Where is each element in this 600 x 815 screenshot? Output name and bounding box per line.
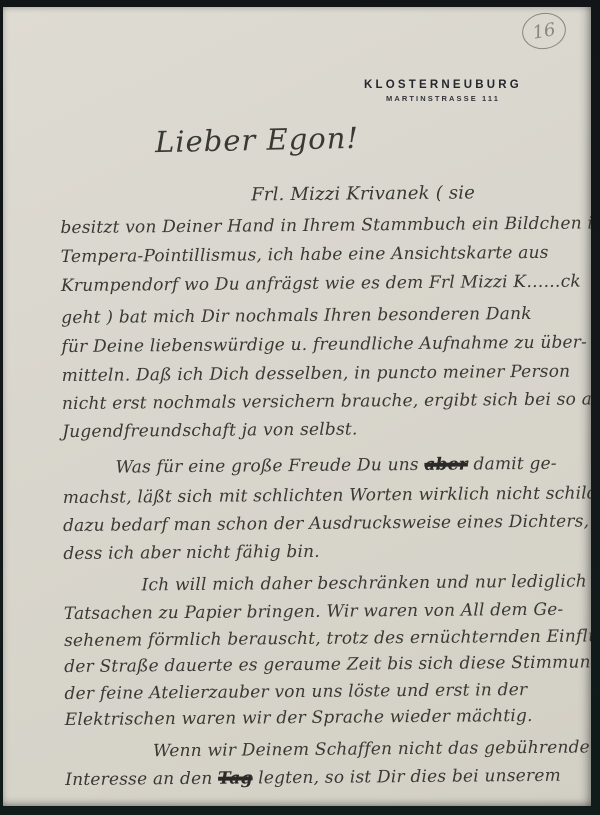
handwritten-line: der feine Atelierzauber von uns löste un…: [64, 682, 527, 703]
line-text: Was für eine große Freude Du uns: [115, 455, 424, 478]
handwritten-line: Tempera-Pointillismus, ich habe eine Ans…: [61, 245, 549, 266]
handwritten-line: Ich will mich daher beschränken und nur …: [141, 573, 586, 594]
handwritten-line: besitzt von Deiner Hand in Ihrem Stammbu…: [60, 215, 591, 237]
handwritten-line: mitteln. Daß ich Dich desselben, in punc…: [62, 364, 571, 385]
handwritten-line: Wenn wir Deinem Schaffen nicht das gebüh…: [153, 739, 590, 760]
handwritten-line: geht ) bat mich Dir nochmals Ihren beson…: [61, 306, 532, 327]
handwritten-line: dess ich aber nicht fähig bin.: [63, 544, 320, 563]
line-text: Wenn wir Deinem Schaffen nicht das gebüh…: [153, 737, 590, 761]
handwritten-line: Krumpendorf wo Du anfrägst wie es dem Fr…: [61, 274, 581, 296]
line-text: Krumpendorf wo Du anfrägst wie es dem Fr…: [61, 272, 581, 297]
line-text: legten, so ist Dir dies bei unserem: [253, 766, 561, 789]
line-text: Tempera-Pointillismus, ich habe eine Ans…: [61, 243, 549, 267]
handwritten-line: machst, läßt sich mit schlichten Worten …: [63, 485, 591, 507]
line-text: Elektrischen waren wir der Sprache wiede…: [65, 706, 533, 730]
line-text: damit ge-: [468, 454, 557, 475]
line-text: der feine Atelierzauber von uns löste un…: [64, 680, 527, 704]
letter-body: Frl. Mizzi Krivanek ( siebesitzt von Dei…: [3, 7, 591, 806]
handwritten-line: nicht erst nochmals versichern brauche, …: [62, 391, 591, 413]
line-text: geht ) bat mich Dir nochmals Ihren beson…: [61, 304, 532, 328]
handwritten-line: Interesse an den Tag legten, so ist Dir …: [65, 768, 561, 789]
line-text: besitzt von Deiner Hand in Ihrem Stammbu…: [60, 213, 591, 238]
line-text: Ich will mich daher beschränken und nur …: [141, 571, 587, 595]
line-text: dazu bedarf man schon der Ausdrucksweise…: [63, 511, 589, 536]
line-text: mitteln. Daß ich Dich desselben, in punc…: [62, 362, 571, 386]
struck-word: Tag: [218, 768, 253, 788]
line-text: nicht erst nochmals versichern brauche, …: [62, 389, 591, 414]
handwritten-line: Elektrischen waren wir der Sprache wiede…: [65, 708, 533, 729]
handwritten-line: Was für eine große Freude Du uns aber da…: [115, 456, 556, 477]
handwritten-line: Tatsachen zu Papier bringen. Wir waren v…: [64, 602, 564, 623]
letter-paper: 16 KLOSTERNEUBURG MARTINSTRASSE 111 Lieb…: [3, 7, 591, 806]
line-text: der Straße dauerte es geraume Zeit bis s…: [64, 652, 591, 677]
handwritten-line: der Straße dauerte es geraume Zeit bis s…: [64, 654, 591, 676]
line-text: dess ich aber nicht fähig bin.: [63, 542, 320, 564]
line-text: Jugendfreundschaft ja von selbst.: [62, 419, 357, 442]
line-text: Tatsachen zu Papier bringen. Wir waren v…: [64, 600, 564, 624]
line-text: Frl. Mizzi Krivanek ( sie: [251, 182, 475, 205]
line-text: machst, läßt sich mit schlichten Worten …: [63, 483, 591, 508]
letter-photograph: 16 KLOSTERNEUBURG MARTINSTRASSE 111 Lieb…: [0, 0, 600, 815]
handwritten-line: Jugendfreundschaft ja von selbst.: [62, 421, 357, 441]
line-text: Interesse an den: [65, 769, 218, 790]
line-text: sehenem förmlich berauscht, trotz des er…: [64, 626, 591, 651]
handwritten-line: Frl. Mizzi Krivanek ( sie: [251, 184, 475, 204]
handwritten-line: sehenem förmlich berauscht, trotz des er…: [64, 628, 591, 650]
line-text: für Deine liebenswürdige u. freundliche …: [61, 332, 587, 357]
struck-word: aber: [424, 455, 468, 475]
handwritten-line: dazu bedarf man schon der Ausdrucksweise…: [63, 513, 589, 535]
handwritten-line: für Deine liebenswürdige u. freundliche …: [61, 334, 587, 356]
